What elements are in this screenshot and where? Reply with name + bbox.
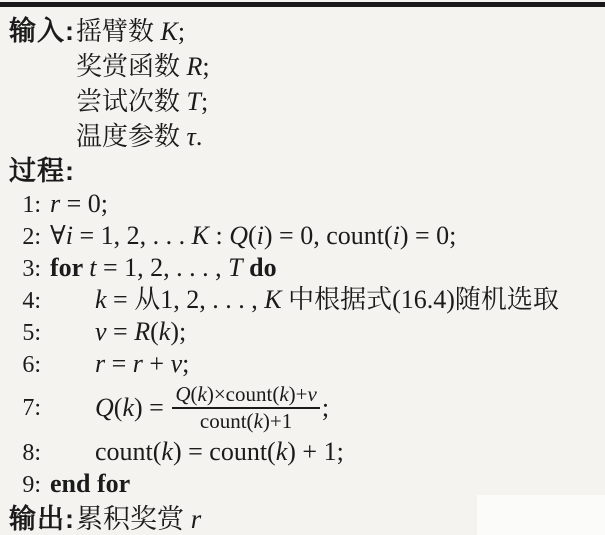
text-segment: K xyxy=(264,285,281,314)
text-segment: = xyxy=(107,317,135,346)
fraction-numerator: Q(k)×count(k)+v xyxy=(172,382,320,407)
text-segment: )+1 xyxy=(263,409,292,433)
text-segment: 1, 2, . . . , xyxy=(160,285,264,314)
text-segment: ( xyxy=(150,317,159,346)
text-segment: r xyxy=(95,349,105,378)
text-segment: 随机选取 xyxy=(455,285,559,314)
text-segment: k xyxy=(198,382,207,406)
step-number: 1: xyxy=(0,189,50,221)
step-row: 6:r = r + v; xyxy=(0,348,605,380)
text-segment: = xyxy=(105,349,133,378)
step-row: 3:for t = 1, 2, . . . , T do xyxy=(0,252,605,284)
text-segment: 从 xyxy=(134,285,160,314)
input-section: 输入: 摇臂数 K;奖赏函数 R;尝试次数 T;温度参数 τ. xyxy=(0,14,605,154)
text-segment: T xyxy=(228,253,242,282)
text-segment: k xyxy=(279,382,288,406)
step-content: for t = 1, 2, . . . , T do xyxy=(50,252,277,284)
text-segment: ( xyxy=(248,221,257,250)
text-segment: for xyxy=(50,253,89,282)
step-row: 4:k = 从1, 2, . . . , K 中根据式(16.4)随机选取 xyxy=(0,284,605,316)
text-segment: = 0; xyxy=(60,189,108,218)
text-segment: ) + 1; xyxy=(287,437,344,466)
step-number: 6: xyxy=(0,349,50,381)
input-lines: 摇臂数 K;奖赏函数 R;尝试次数 T;温度参数 τ. xyxy=(76,14,210,154)
text-segment: ); xyxy=(170,317,186,346)
step-content: v = R(k); xyxy=(95,316,186,348)
text-segment: k xyxy=(95,285,107,314)
output-section: 输出: 累积奖赏 r xyxy=(0,502,605,535)
text-segment: 尝试次数 xyxy=(76,87,187,116)
step-content: r = r + v; xyxy=(95,348,189,380)
text-segment: 中根据式 xyxy=(288,285,392,314)
text-segment: ) = xyxy=(134,393,170,422)
text-segment: 摇臂数 xyxy=(76,17,161,46)
text-segment: k xyxy=(254,409,263,433)
text-segment: 奖赏函数 xyxy=(76,52,187,81)
text-segment: ) = 0, count( xyxy=(264,221,393,250)
input-line: 摇臂数 K; xyxy=(76,14,210,49)
text-segment: end for xyxy=(50,469,130,498)
text-segment: ) = count( xyxy=(173,437,276,466)
text-segment: R xyxy=(134,317,150,346)
text-segment: = xyxy=(107,285,135,314)
input-label: 输入: xyxy=(0,14,76,49)
text-segment: Q xyxy=(95,393,114,422)
text-segment: ) = 0; xyxy=(400,221,457,250)
step-row: 5:v = R(k); xyxy=(0,316,605,348)
text-segment: v xyxy=(171,349,183,378)
text-segment: R xyxy=(187,52,203,81)
step-number: 5: xyxy=(0,317,50,349)
text-segment: ; xyxy=(182,349,189,378)
fraction: Q(k)×count(k)+vcount(k)+1 xyxy=(172,382,320,434)
step-number: 3: xyxy=(0,253,50,285)
text-segment: )+ xyxy=(289,382,308,406)
text-segment: k xyxy=(159,317,171,346)
text-segment: . xyxy=(196,122,203,151)
text-segment: k xyxy=(161,437,173,466)
step-row: 1:r = 0; xyxy=(0,188,605,220)
output-content: 累积奖赏 r xyxy=(76,502,201,535)
text-segment: do xyxy=(249,253,276,282)
output-label: 输出: xyxy=(0,502,76,535)
text-segment: = 1, 2, . . . xyxy=(73,221,192,250)
step-row: 9:end for xyxy=(0,468,605,500)
step-number: 8: xyxy=(0,437,50,469)
step-row: 8:count(k) = count(k) + 1; xyxy=(0,436,605,468)
text-segment: K xyxy=(192,221,209,250)
step-content: Q(k) = Q(k)×count(k)+vcount(k)+1; xyxy=(95,380,329,436)
input-line: 奖赏函数 R; xyxy=(76,49,210,84)
top-rule xyxy=(0,2,605,7)
text-segment: ; xyxy=(178,17,185,46)
text-segment: k xyxy=(276,437,288,466)
algorithm-content: 输入: 摇臂数 K;奖赏函数 R;尝试次数 T;温度参数 τ. 过程: 1:r … xyxy=(0,14,605,535)
process-label: 过程: xyxy=(0,154,605,188)
step-number: 9: xyxy=(0,469,50,501)
text-segment: 累积奖赏 xyxy=(76,504,191,534)
text-segment: 温度参数 xyxy=(76,122,187,151)
text-segment: i xyxy=(66,221,73,250)
text-segment: (16.4) xyxy=(392,285,455,314)
text-segment: : xyxy=(209,221,229,250)
text-segment: i xyxy=(393,221,400,250)
text-segment: v xyxy=(308,382,317,406)
algorithm-box: 输入: 摇臂数 K;奖赏函数 R;尝试次数 T;温度参数 τ. 过程: 1:r … xyxy=(0,0,605,535)
text-segment: Q xyxy=(229,221,248,250)
step-number: 7: xyxy=(0,380,50,436)
text-segment: k xyxy=(122,393,134,422)
step-row: 2:∀i = 1, 2, . . . K : Q(i) = 0, count(i… xyxy=(0,220,605,252)
text-segment: Q xyxy=(175,382,190,406)
text-segment: ( xyxy=(191,382,198,406)
text-segment: ; xyxy=(201,87,208,116)
text-segment: τ xyxy=(187,122,196,151)
text-segment: + xyxy=(143,349,171,378)
text-segment: r xyxy=(50,189,60,218)
text-segment: r xyxy=(133,349,143,378)
text-segment: count( xyxy=(200,409,254,433)
fraction-denominator: count(k)+1 xyxy=(172,407,320,434)
text-segment: T xyxy=(187,87,201,116)
step-content: k = 从1, 2, . . . , K 中根据式(16.4)随机选取 xyxy=(95,284,559,316)
text-segment: ∀ xyxy=(50,221,66,250)
pseudocode-steps: 1:r = 0;2:∀i = 1, 2, . . . K : Q(i) = 0,… xyxy=(0,188,605,500)
text-segment: ; xyxy=(322,393,329,422)
input-line: 尝试次数 T; xyxy=(76,84,210,119)
text-segment: count( xyxy=(95,437,161,466)
input-line: 温度参数 τ. xyxy=(76,119,210,154)
text-segment: i xyxy=(257,221,264,250)
step-number: 2: xyxy=(0,221,50,253)
step-number: 4: xyxy=(0,285,50,317)
step-content: end for xyxy=(50,468,130,500)
text-segment: ; xyxy=(202,52,209,81)
step-row: 7:Q(k) = Q(k)×count(k)+vcount(k)+1; xyxy=(0,380,605,436)
text-segment: = 1, 2, . . . , xyxy=(96,253,228,282)
text-segment: )×count( xyxy=(207,382,280,406)
text-segment: v xyxy=(95,317,107,346)
text-segment: K xyxy=(161,17,178,46)
text-segment: r xyxy=(191,504,202,534)
step-content: ∀i = 1, 2, . . . K : Q(i) = 0, count(i) … xyxy=(50,220,456,252)
step-content: count(k) = count(k) + 1; xyxy=(95,436,344,468)
step-content: r = 0; xyxy=(50,188,108,220)
